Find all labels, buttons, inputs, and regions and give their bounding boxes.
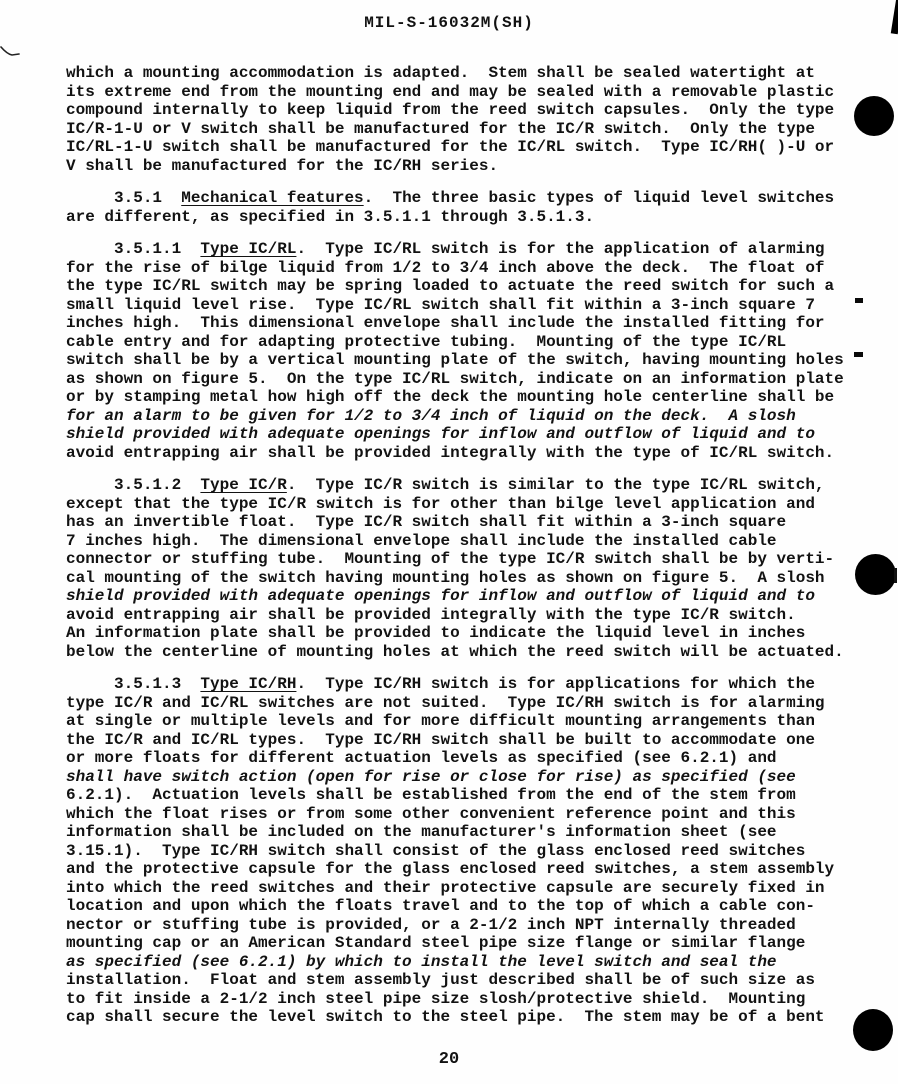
text-line: or by stamping metal how high off the de… <box>66 388 866 407</box>
paragraph-3-5-1-1: 3.5.1.1 Type IC/RL. Type IC/RL switch is… <box>66 240 866 462</box>
text-line: avoid entrapping air shall be provided i… <box>66 444 866 463</box>
paragraph-3-5-1-2: 3.5.1.2 Type IC/R. Type IC/R switch is s… <box>66 476 866 661</box>
paragraph-3-5-1-3: 3.5.1.3 Type IC/RH. Type IC/RH switch is… <box>66 675 866 1027</box>
text-line: mounting cap or an American Standard ste… <box>66 934 866 953</box>
text-line: cable entry and for adapting protective … <box>66 333 866 352</box>
punch-hole-middle-icon <box>855 554 896 595</box>
document-body: which a mounting accommodation is adapte… <box>66 64 866 1041</box>
text-line: the IC/R and IC/RL types. Type IC/RH swi… <box>66 731 866 750</box>
text-line: to fit inside a 2-1/2 inch steel pipe si… <box>66 990 866 1009</box>
scanned-document-page: MIL-S-16032M(SH) which a mounting accomm… <box>0 0 898 1084</box>
text-line: the type IC/RL switch may be spring load… <box>66 277 866 296</box>
text-line: are different, as specified in 3.5.1.1 t… <box>66 208 866 227</box>
text-line: 3.5.1 Mechanical features. The three bas… <box>66 189 866 208</box>
text-line: for an alarm to be given for 1/2 to 3/4 … <box>66 407 866 426</box>
text-line: 6.2.1). Actuation levels shall be establ… <box>66 786 866 805</box>
text-line: at single or multiple levels and for mor… <box>66 712 866 731</box>
text-line: 3.15.1). Type IC/RH switch shall consist… <box>66 842 866 861</box>
text-line: shield provided with adequate openings f… <box>66 425 866 444</box>
text-line: or more floats for different actuation l… <box>66 749 866 768</box>
text-line: installation. Float and stem assembly ju… <box>66 971 866 990</box>
text-line: shield provided with adequate openings f… <box>66 587 866 606</box>
text-line: nector or stuffing tube is provided, or … <box>66 916 866 935</box>
text-line: V shall be manufactured for the IC/RH se… <box>66 157 866 176</box>
punch-hole-top-icon <box>854 96 894 136</box>
text-line: below the centerline of mounting holes a… <box>66 643 866 662</box>
text-line: its extreme end from the mounting end an… <box>66 83 866 102</box>
text-line: has an invertible float. Type IC/R switc… <box>66 513 866 532</box>
text-line: information shall be included on the man… <box>66 823 866 842</box>
text-line: into which the reed switches and their p… <box>66 879 866 898</box>
text-line: small liquid level rise. Type IC/RL swit… <box>66 296 866 315</box>
text-line: connector or stuffing tube. Mounting of … <box>66 550 866 569</box>
document-id-header: MIL-S-16032M(SH) <box>0 14 898 32</box>
text-line: 3.5.1.2 Type IC/R. Type IC/R switch is s… <box>66 476 866 495</box>
scan-speck-icon <box>894 568 897 583</box>
scan-speck-icon <box>854 352 863 357</box>
paragraph-3-5-1: 3.5.1 Mechanical features. The three bas… <box>66 189 866 226</box>
text-line: which a mounting accommodation is adapte… <box>66 64 866 83</box>
text-line: except that the type IC/R switch is for … <box>66 495 866 514</box>
text-line: inches high. This dimensional envelope s… <box>66 314 866 333</box>
text-line: for the rise of bilge liquid from 1/2 to… <box>66 259 866 278</box>
text-line: IC/R-1-U or V switch shall be manufactur… <box>66 120 866 139</box>
page-number: 20 <box>0 1050 898 1069</box>
text-line: 3.5.1.1 Type IC/RL. Type IC/RL switch is… <box>66 240 866 259</box>
paragraph-continuation: which a mounting accommodation is adapte… <box>66 64 866 175</box>
text-line: type IC/R and IC/RL switches are not sui… <box>66 694 866 713</box>
text-line: and the protective capsule for the glass… <box>66 860 866 879</box>
text-line: 3.5.1.3 Type IC/RH. Type IC/RH switch is… <box>66 675 866 694</box>
punch-hole-bottom-icon <box>853 1009 893 1051</box>
text-line: as shown on figure 5. On the type IC/RL … <box>66 370 866 389</box>
text-line: IC/RL-1-U switch shall be manufactured f… <box>66 138 866 157</box>
text-line: cap shall secure the level switch to the… <box>66 1008 866 1027</box>
text-line: as specified (see 6.2.1) by which to ins… <box>66 953 866 972</box>
text-line: 7 inches high. The dimensional envelope … <box>66 532 866 551</box>
text-line: avoid entrapping air shall be provided i… <box>66 606 866 625</box>
text-line: which the float rises or from some other… <box>66 805 866 824</box>
pen-mark-icon <box>0 44 22 60</box>
text-line: compound internally to keep liquid from … <box>66 101 866 120</box>
text-line: shall have switch action (open for rise … <box>66 768 866 787</box>
text-line: switch shall be by a vertical mounting p… <box>66 351 866 370</box>
text-line: An information plate shall be provided t… <box>66 624 866 643</box>
text-line: location and upon which the floats trave… <box>66 897 866 916</box>
text-line: cal mounting of the switch having mounti… <box>66 569 866 588</box>
scan-speck-icon <box>855 298 863 303</box>
